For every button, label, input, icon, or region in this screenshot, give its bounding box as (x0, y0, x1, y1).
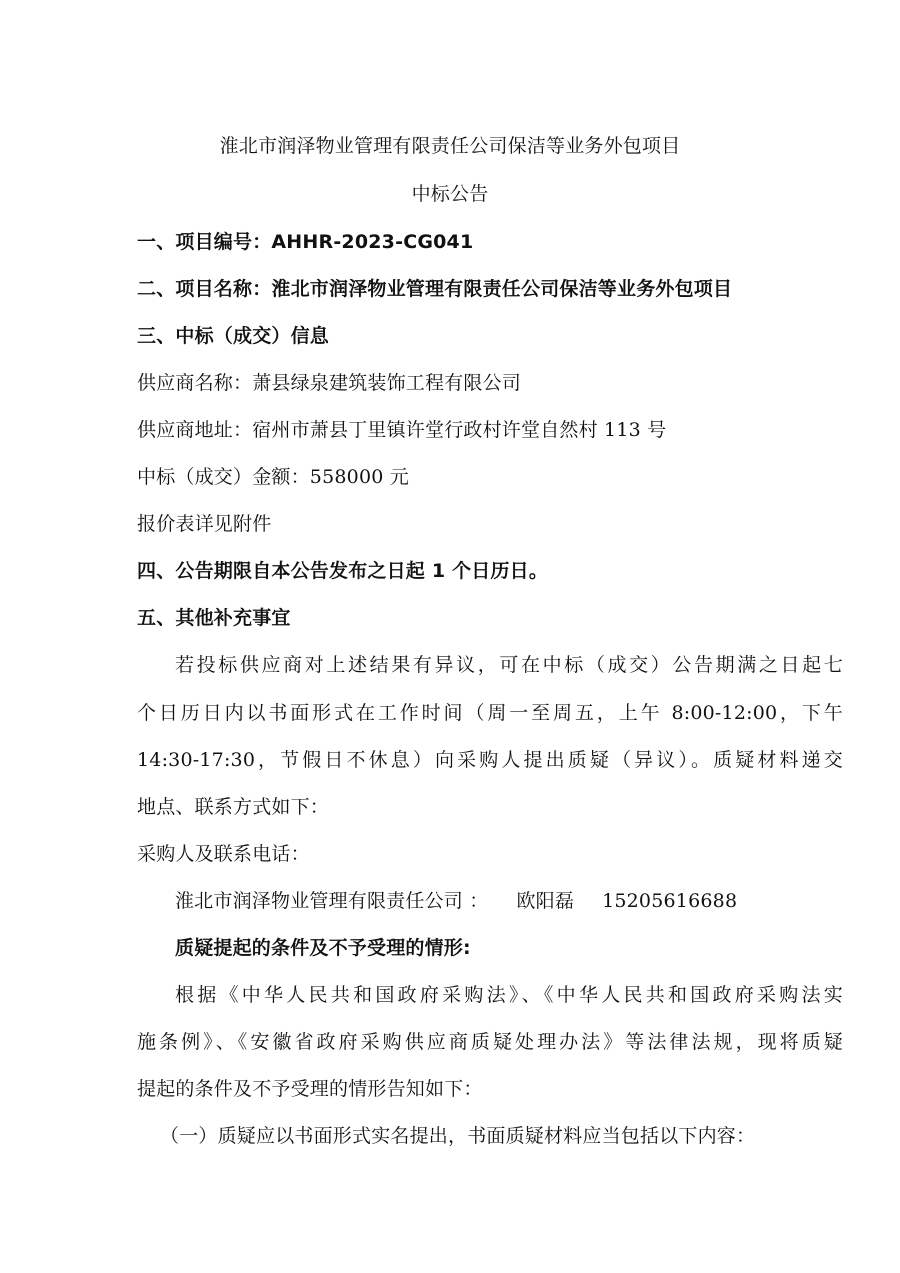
legal-basis-line-2: 施条例》、《安徽省政府采购供应商质疑处理办法》等法律法规，现将质疑 (137, 1029, 843, 1055)
contact-company: 淮北市润泽物业管理有限责任公司 ： (175, 890, 488, 912)
contact-row: 淮北市润泽物业管理有限责任公司 ：欧阳磊15205616688 (175, 888, 737, 914)
section-project-number: 一、项目编号：AHHR-2023-CG041 (137, 229, 473, 255)
document-page: 淮北市润泽物业管理有限责任公司保洁等业务外包项目 中标公告 一、项目编号：AHH… (0, 0, 900, 1273)
objection-paragraph-line-3: 14:30-17:30，节假日不休息）向采购人提出质疑（异议）。质疑材料递交 (137, 747, 843, 773)
bid-amount: 中标（成交）金额：558000 元 (137, 464, 409, 490)
section-announcement-period: 四、公告期限自本公告发布之日起 1 个日历日。 (137, 558, 548, 584)
contact-label: 采购人及联系电话： (137, 841, 310, 867)
objection-paragraph-line-4: 地点、联系方式如下： (137, 794, 329, 820)
supplier-name: 供应商名称：萧县绿泉建筑装饰工程有限公司 (137, 370, 521, 396)
document-subtitle: 中标公告 (0, 181, 900, 207)
quote-note: 报价表详见附件 (137, 511, 271, 537)
contact-phone: 15205616688 (602, 890, 737, 912)
objection-paragraph-line-2: 个日历日内以书面形式在工作时间（周一至周五，上午 8:00-12:00，下午 (137, 700, 843, 726)
condition-item-1: （一）质疑应以书面形式实名提出，书面质疑材料应当包括以下内容： (160, 1123, 755, 1149)
conditions-heading: 质疑提起的条件及不予受理的情形: (175, 935, 471, 961)
legal-basis-line-3: 提起的条件及不予受理的情形告知如下： (137, 1076, 483, 1102)
section-project-name: 二、项目名称：淮北市润泽物业管理有限责任公司保洁等业务外包项目 (137, 276, 732, 302)
objection-paragraph-line-1: 若投标供应商对上述结果有异议，可在中标（成交）公告期满之日起七 (175, 652, 843, 678)
document-title: 淮北市润泽物业管理有限责任公司保洁等业务外包项目 (0, 133, 900, 159)
contact-person: 欧阳磊 (516, 890, 574, 912)
section-other-matters: 五、其他补充事宜 (137, 605, 291, 631)
supplier-address: 供应商地址：宿州市萧县丁里镇许堂行政村许堂自然村 113 号 (137, 417, 666, 443)
section-award-info: 三、中标（成交）信息 (137, 323, 329, 349)
legal-basis-line-1: 根据《中华人民共和国政府采购法》、《中华人民共和国政府采购法实 (175, 982, 843, 1008)
